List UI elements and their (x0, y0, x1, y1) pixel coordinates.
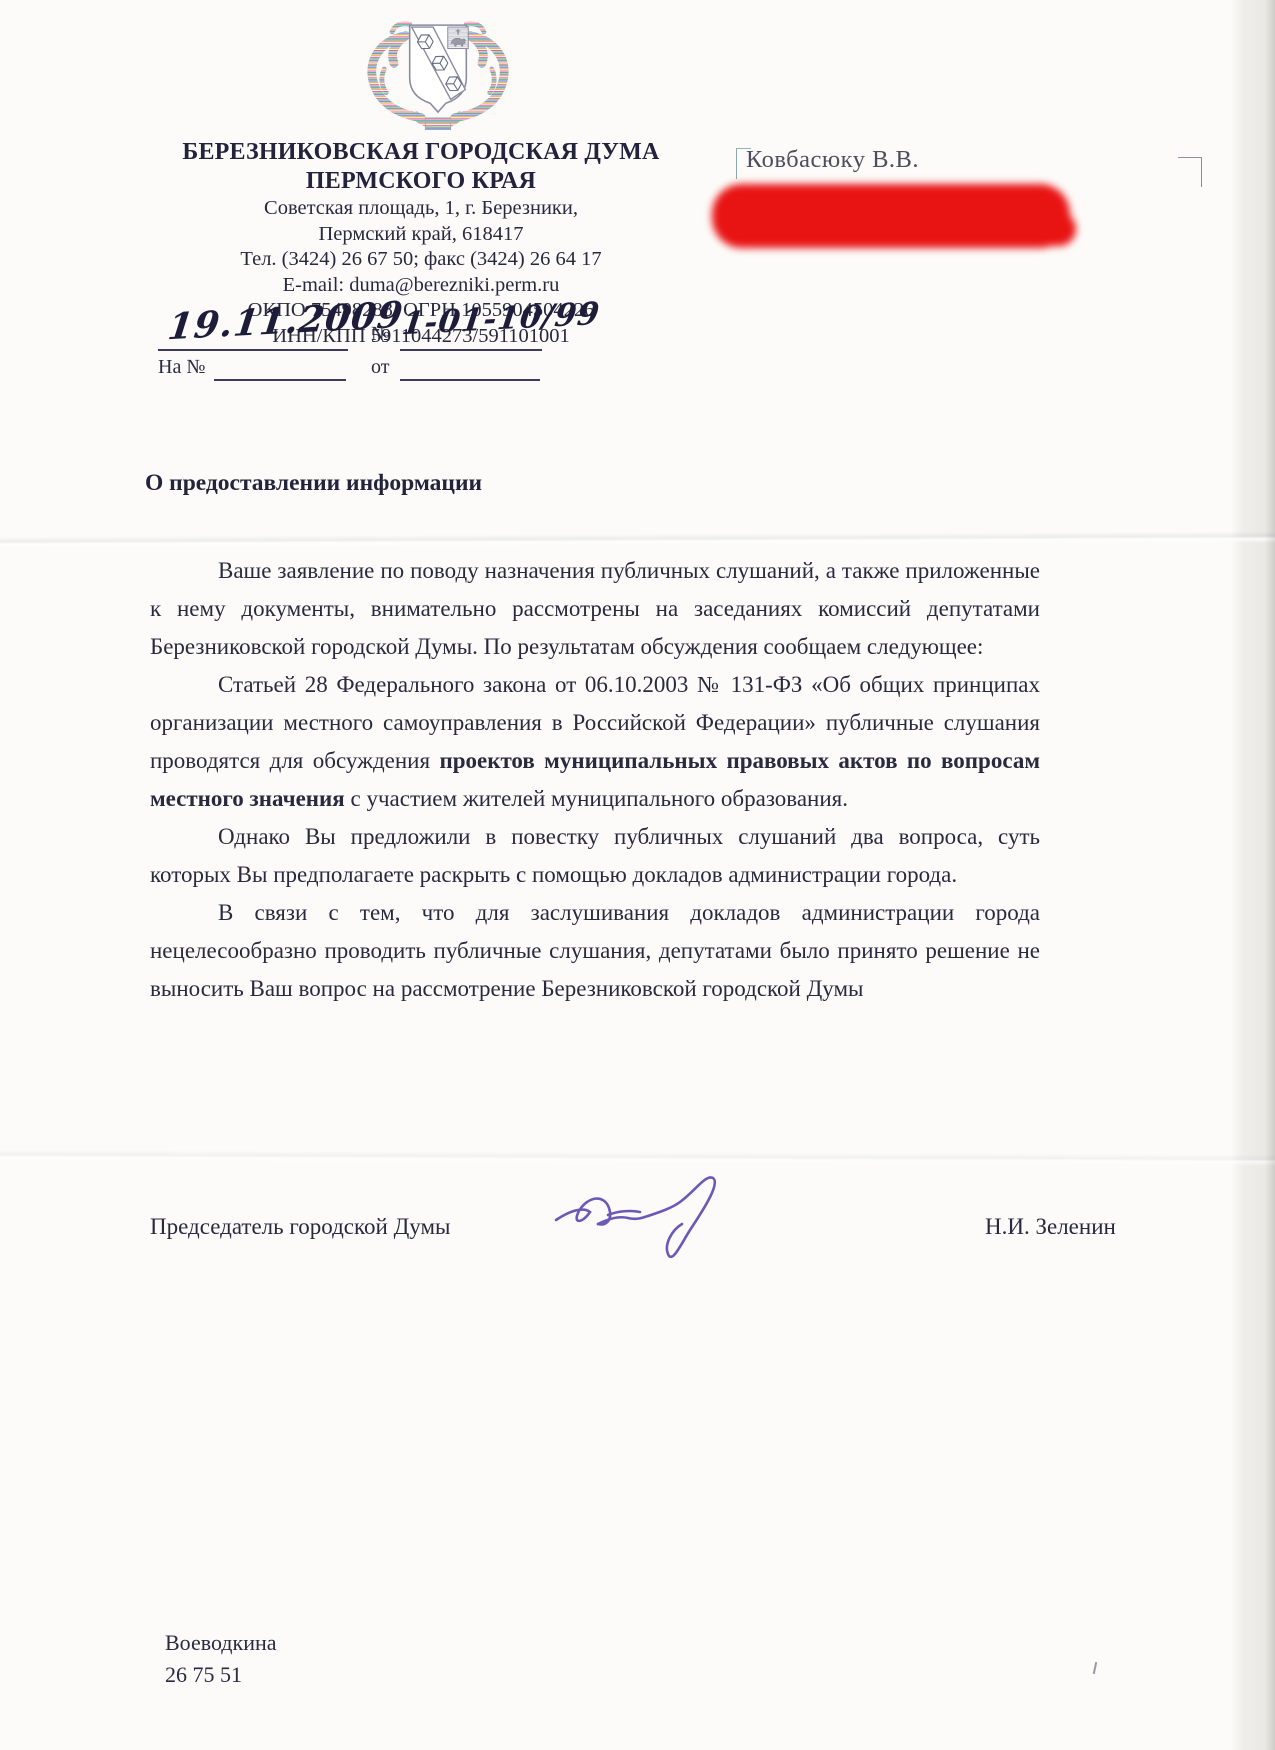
executor-phone: 26 75 51 (165, 1662, 242, 1688)
body-paragraph: Статьей 28 Федерального закона от 06.10.… (150, 666, 1040, 818)
org-name-line1: БЕРЕЗНИКОВСКАЯ ГОРОДСКАЯ ДУМА (121, 138, 721, 167)
from-label: от (371, 356, 389, 379)
paper-fold-crease (0, 1150, 1275, 1166)
signer-name: Н.И. Зеленин (985, 1214, 1116, 1240)
paper-fold-crease (0, 531, 1275, 549)
reply-to-label: На № (158, 356, 205, 379)
recipient-name: Ковбасюку В.В. (746, 146, 919, 174)
org-name-line2: ПЕРМСКОГО КРАЯ (121, 167, 721, 196)
handwritten-signature-icon (548, 1168, 768, 1283)
date-underline (158, 349, 348, 351)
scan-stray-mark (1093, 1662, 1097, 1674)
reply-to-underline (214, 379, 346, 381)
org-phone-fax: Тел. (3424) 26 67 50; факс (3424) 26 64 … (121, 247, 721, 273)
scan-edge-shadow (1265, 0, 1275, 1750)
coat-of-arms-berezniki-icon (355, 8, 521, 136)
from-underline (400, 379, 540, 381)
redacted-address-marker (712, 184, 1070, 248)
number-underline (400, 349, 542, 351)
letter-body: Ваше заявление по поводу назначения публ… (150, 552, 1040, 1008)
letter-subject: О предоставлении информации (145, 470, 482, 497)
text-frame-corner (1178, 157, 1202, 187)
body-paragraph: Однако Вы предложили в повестку публичны… (150, 818, 1040, 894)
body-paragraph: В связи с тем, что для заслушивания докл… (150, 894, 1040, 1008)
scanned-letter-page: БЕРЕЗНИКОВСКАЯ ГОРОДСКАЯ ДУМА ПЕРМСКОГО … (0, 0, 1275, 1750)
perm-bear-canton (448, 27, 469, 48)
org-address-line1: Советская площадь, 1, г. Березники, (121, 196, 721, 222)
body-paragraph: Ваше заявление по поводу назначения публ… (150, 552, 1040, 666)
org-address-line2: Пермский край, 618417 (121, 222, 721, 248)
executor-name: Воеводкина (165, 1630, 277, 1656)
number-label: № (371, 323, 390, 346)
signer-position-title: Председатель городской Думы (150, 1214, 450, 1240)
org-email: E-mail: duma@berezniki.perm.ru (121, 273, 721, 299)
